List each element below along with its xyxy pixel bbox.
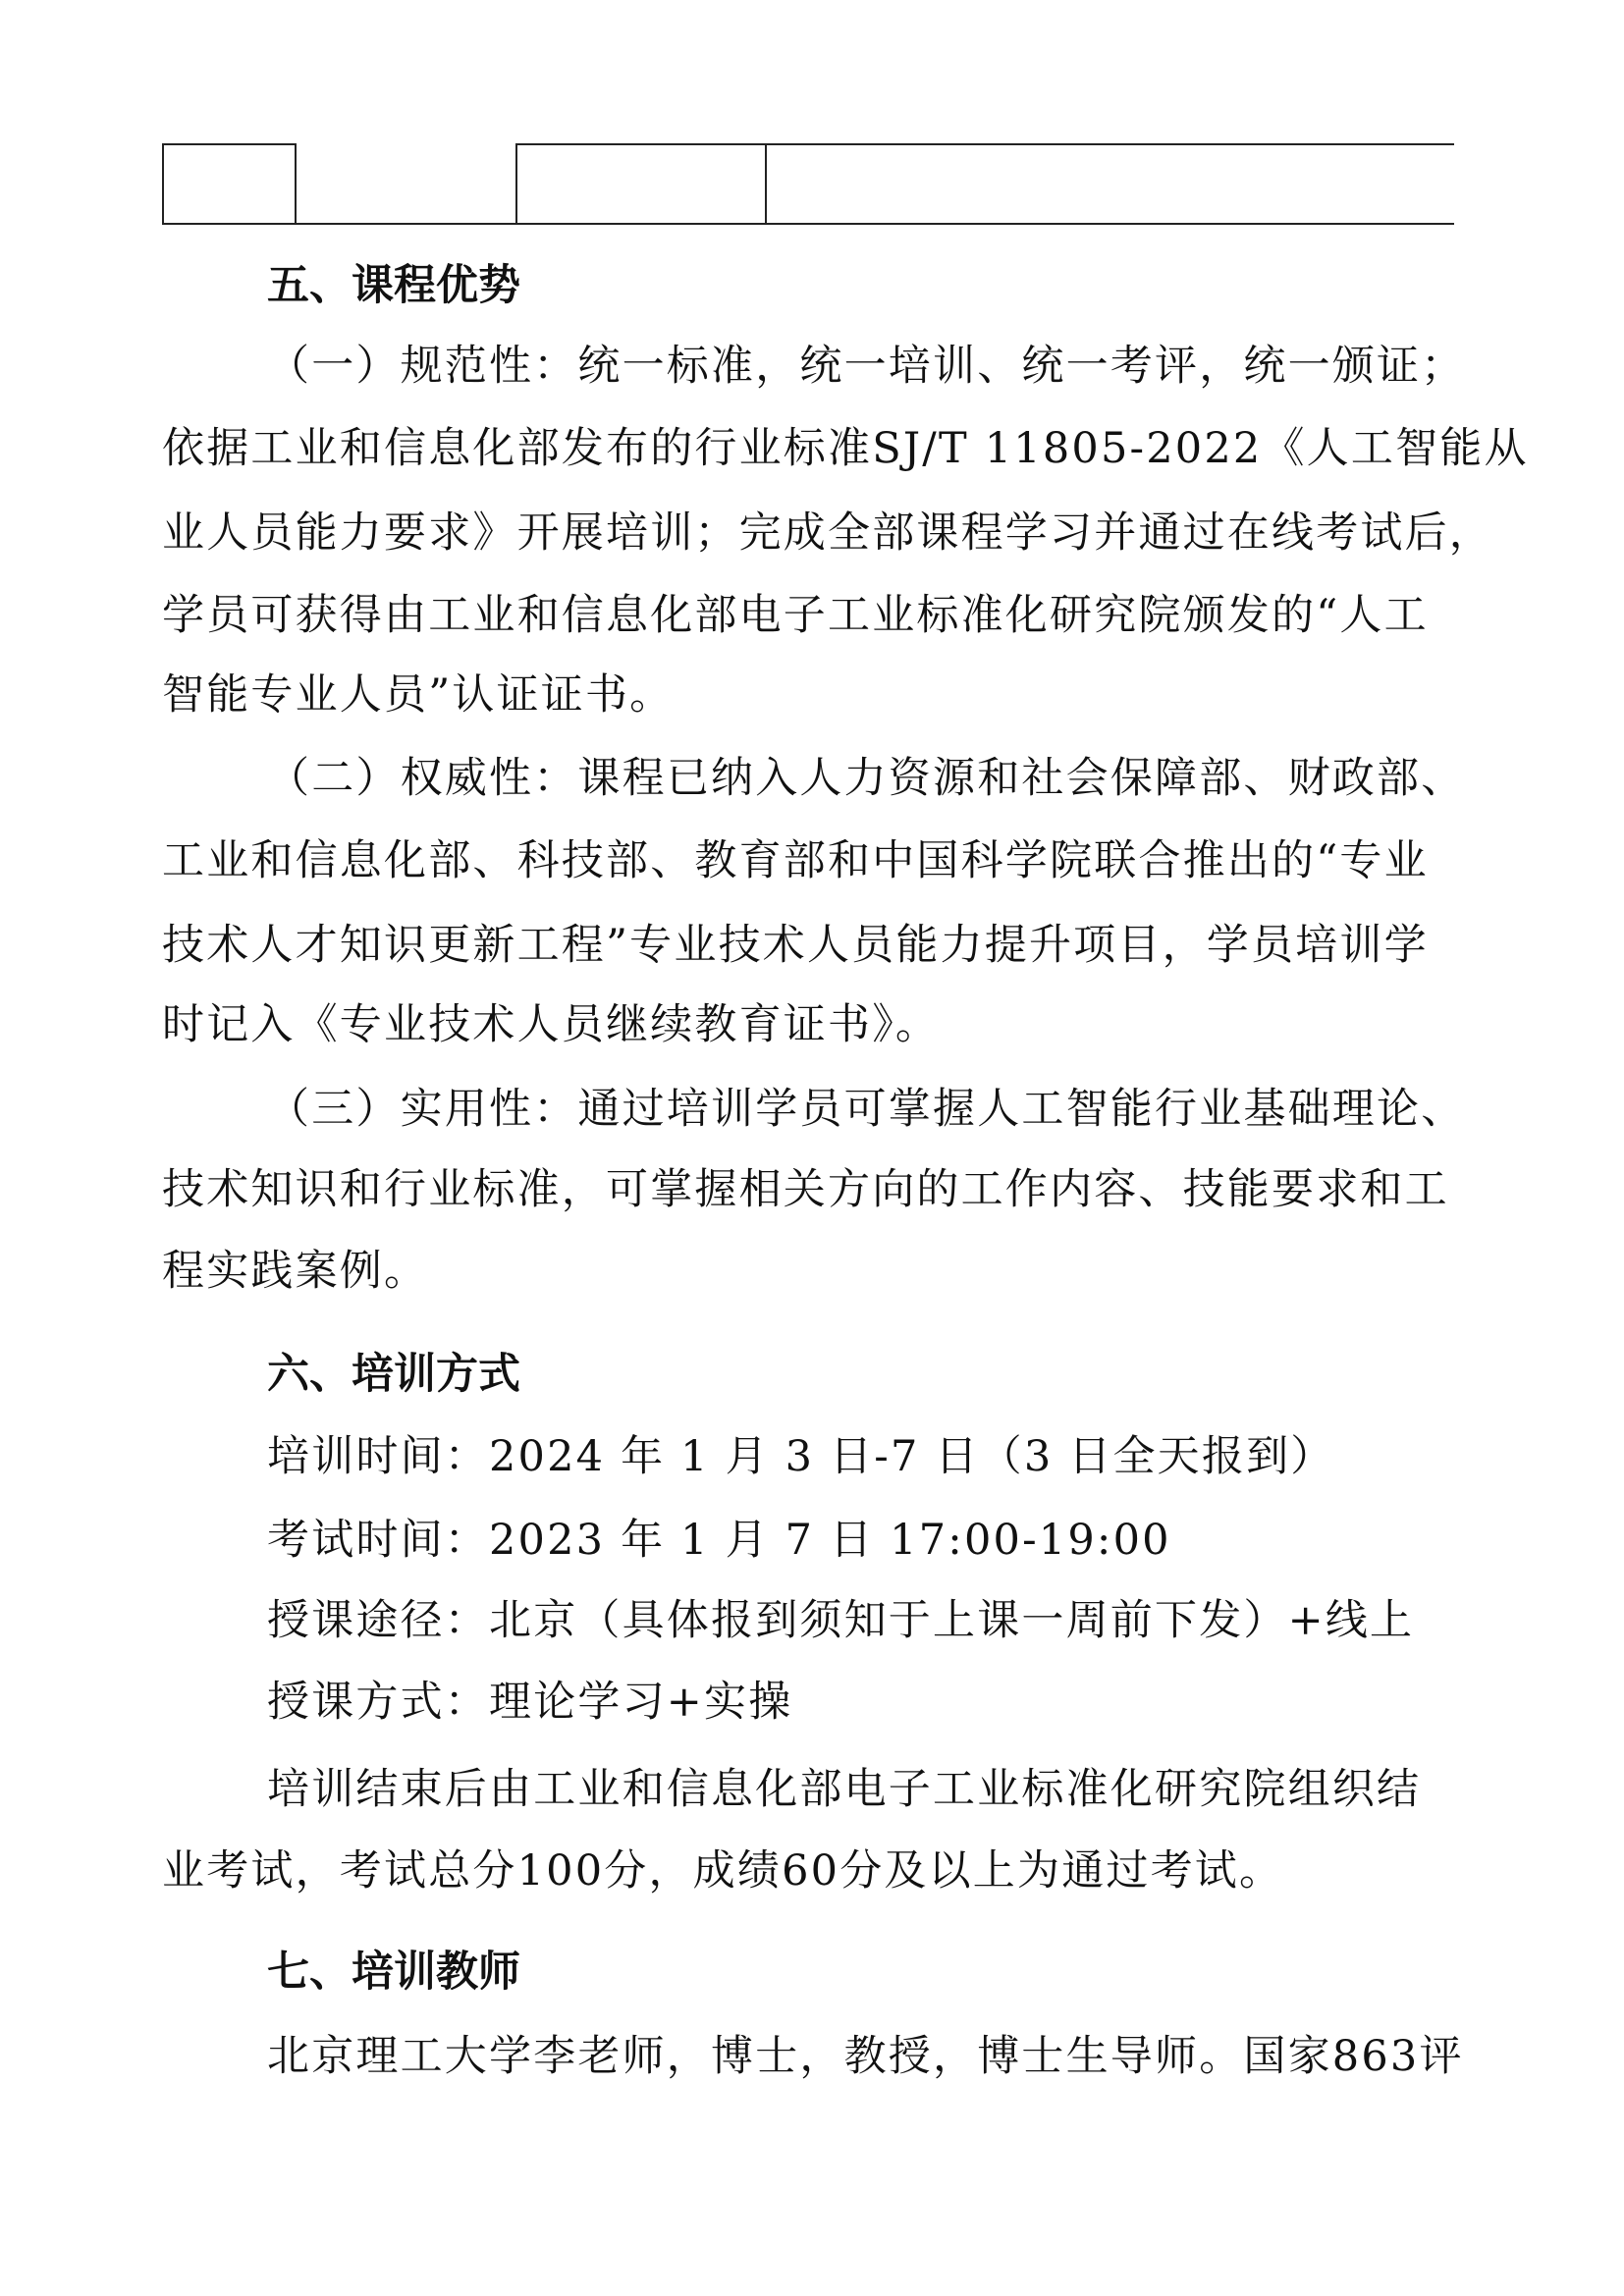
exam-time-line: 考试时间：2023 年 1 月 7 日 17:00-19:00 — [267, 1516, 1624, 1565]
table-border-bottom-gap — [297, 143, 515, 225]
section-heading-instructors: 七、培训教师 — [267, 1948, 1624, 1997]
table-cell-2 — [515, 143, 767, 225]
section-heading-course-advantages: 五、课程优势 — [267, 261, 1624, 310]
teaching-channel-line: 授课途径：北京（具体报到须知于上课一周前下发）+线上 — [267, 1596, 1624, 1645]
table-cell-1 — [162, 143, 297, 225]
table-cell-3 — [765, 143, 1454, 225]
paragraph-line: （三）实用性：通过培训学员可掌握人工智能行业基础理论、 — [267, 1085, 1624, 1134]
paragraph-line: 程实践案例。 — [162, 1247, 1624, 1296]
paragraph-line: （二）权威性：课程已纳入人力资源和社会保障部、财政部、 — [267, 754, 1624, 803]
paragraph-line: 培训结束后由工业和信息化部电子工业标准化研究院组织结 — [267, 1765, 1624, 1814]
paragraph-line: 时记入《专业技术人员继续教育证书》。 — [162, 1000, 1624, 1049]
teaching-mode-line: 授课方式：理论学习+实操 — [267, 1678, 1624, 1727]
paragraph-line: 依据工业和信息化部发布的行业标准SJ/T 11805-2022《人工智能从 — [162, 424, 1624, 473]
paragraph-line: （一）规范性：统一标准，统一培训、统一考评，统一颁证； — [267, 342, 1624, 391]
paragraph-line: 学员可获得由工业和信息化部电子工业标准化研究院颁发的“人工 — [162, 591, 1624, 640]
section-heading-training-method: 六、培训方式 — [267, 1350, 1624, 1399]
paragraph-line: 智能专业人员”认证证书。 — [162, 670, 1624, 720]
training-time-line: 培训时间：2024 年 1 月 3 日-7 日（3 日全天报到） — [267, 1432, 1624, 1481]
instructor-line: 北京理工大学李老师，博士，教授，博士生导师。国家863评 — [267, 2032, 1624, 2081]
paragraph-line: 技术知识和行业标准，可掌握相关方向的工作内容、技能要求和工 — [162, 1165, 1624, 1214]
paragraph-line: 业考试，考试总分100分，成绩60分及以上为通过考试。 — [162, 1846, 1624, 1896]
paragraph-line: 工业和信息化部、科技部、教育部和中国科学院联合推出的“专业 — [162, 836, 1624, 885]
paragraph-line: 业人员能力要求》开展培训；完成全部课程学习并通过在线考试后， — [162, 508, 1624, 558]
paragraph-line: 技术人才知识更新工程”专业技术人员能力提升项目，学员培训学 — [162, 921, 1624, 970]
